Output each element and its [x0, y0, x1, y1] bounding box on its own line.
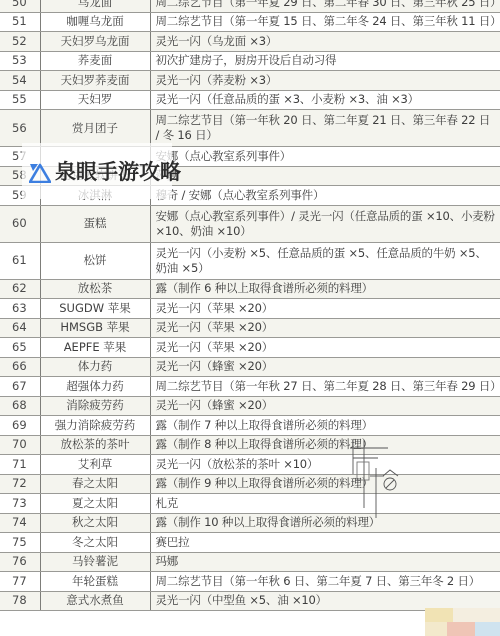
- row-number: 62: [0, 279, 40, 299]
- recipe-source: 露（制作 10 种以上取得食谱所必须的料理）: [150, 513, 500, 533]
- table-row: 65AEPFE 苹果灵光一闪（苹果 ×20）: [0, 338, 500, 358]
- table-row: 75冬之太阳赛巴拉: [0, 533, 500, 553]
- recipe-name: 消除疲劳药: [40, 396, 150, 416]
- recipe-source: 露（制作 9 种以上取得食谱所必须的料理）: [150, 474, 500, 494]
- recipe-source: 安娜（点心教室系列事件）/ 灵光一闪（任意品质的蛋 ×10、小麦粉 ×10、奶油…: [150, 205, 500, 242]
- recipe-name: 天妇罗: [40, 90, 150, 110]
- table-row: 72春之太阳露（制作 9 种以上取得食谱所必须的料理）: [0, 474, 500, 494]
- row-number: 73: [0, 494, 40, 514]
- watermark-brand-text: 泉眼手游攻略: [55, 156, 181, 186]
- row-number: 77: [0, 572, 40, 592]
- table-row: 69强力消除疲劳药露（制作 7 种以上取得食谱所必须的料理）: [0, 416, 500, 436]
- recipe-name: 荞麦面: [40, 51, 150, 71]
- recipe-source: 灵光一闪（苹果 ×20）: [150, 318, 500, 338]
- row-number: 67: [0, 377, 40, 397]
- recipe-source: 莎夏: [150, 166, 500, 186]
- triangle-logo-icon: [29, 163, 51, 183]
- recipe-source: 札克: [150, 494, 500, 514]
- table-row: 55天妇罗灵光一闪（任意品质的蛋 ×3、小麦粉 ×3、油 ×3）: [0, 90, 500, 110]
- recipe-source: 周二综艺节目（第一年夏 15 日、第二年冬 24 日、第三年秋 11 日）: [150, 12, 500, 32]
- row-number: 50: [0, 0, 40, 12]
- recipe-name: 体力药: [40, 357, 150, 377]
- recipe-name: 强力消除疲劳药: [40, 416, 150, 436]
- row-number: 53: [0, 51, 40, 71]
- stamp-watermark-icon: [350, 440, 410, 520]
- table-row: 66体力药灵光一闪（蜂蜜 ×20）: [0, 357, 500, 377]
- image-artifact-mosaic: [425, 608, 500, 636]
- recipe-name: 意式水煮鱼: [40, 591, 150, 611]
- recipe-name: SUGDW 苹果: [40, 299, 150, 319]
- row-number: 72: [0, 474, 40, 494]
- recipe-name: 艾利草: [40, 455, 150, 475]
- recipe-source: 安娜（点心教室系列事件）: [150, 147, 500, 167]
- table-row: 70放松茶的茶叶露（制作 8 种以上取得食谱所必须的料理）: [0, 435, 500, 455]
- recipe-source: 穆奇 / 安娜（点心教室系列事件）: [150, 186, 500, 206]
- row-number: 56: [0, 110, 40, 147]
- recipe-name: 松饼: [40, 242, 150, 279]
- recipe-source: 灵光一闪（任意品质的蛋 ×3、小麦粉 ×3、油 ×3）: [150, 90, 500, 110]
- recipe-name: HMSGB 苹果: [40, 318, 150, 338]
- recipe-name: 蛋糕: [40, 205, 150, 242]
- recipe-source: 露（制作 6 种以上取得食谱所必须的料理）: [150, 279, 500, 299]
- row-number: 55: [0, 90, 40, 110]
- recipe-name: 乌龙面: [40, 0, 150, 12]
- row-number: 69: [0, 416, 40, 436]
- recipe-name: 夏之太阳: [40, 494, 150, 514]
- recipe-source: 灵光一闪（乌龙面 ×3）: [150, 32, 500, 52]
- row-number: 63: [0, 299, 40, 319]
- table-row: 68消除疲劳药灵光一闪（蜂蜜 ×20）: [0, 396, 500, 416]
- row-number: 54: [0, 71, 40, 91]
- recipe-source: 赛巴拉: [150, 533, 500, 553]
- table-row: 61松饼灵光一闪（小麦粉 ×5、任意品质的蛋 ×5、任意品质的牛奶 ×5、奶油 …: [0, 242, 500, 279]
- recipe-source: 玛娜: [150, 552, 500, 572]
- table-row: 63SUGDW 苹果灵光一闪（苹果 ×20）: [0, 299, 500, 319]
- table-row: 71艾利草灵光一闪（放松茶的茶叶 ×10）: [0, 455, 500, 475]
- table-row: 52天妇罗乌龙面灵光一闪（乌龙面 ×3）: [0, 32, 500, 52]
- row-number: 71: [0, 455, 40, 475]
- row-number: 78: [0, 591, 40, 611]
- recipe-name: AEPFE 苹果: [40, 338, 150, 358]
- recipe-name: 秋之太阳: [40, 513, 150, 533]
- recipe-source: 灵光一闪（苹果 ×20）: [150, 299, 500, 319]
- row-number: 74: [0, 513, 40, 533]
- table-row: 53荞麦面初次扩建房子，厨房开设后自动习得: [0, 51, 500, 71]
- recipe-source: 周二综艺节目（第一年秋 6 日、第二年夏 7 日、第三年冬 2 日）: [150, 572, 500, 592]
- table-row: 64HMSGB 苹果灵光一闪（苹果 ×20）: [0, 318, 500, 338]
- recipe-name: 冬之太阳: [40, 533, 150, 553]
- table-row: 74秋之太阳露（制作 10 种以上取得食谱所必须的料理）: [0, 513, 500, 533]
- recipe-table-container: 50乌龙面周二综艺节目（第一年夏 29 日、第二年春 30 日、第三年秋 25 …: [0, 0, 500, 611]
- recipe-source: 灵光一闪（蜂蜜 ×20）: [150, 396, 500, 416]
- recipe-source: 初次扩建房子，厨房开设后自动习得: [150, 51, 500, 71]
- row-number: 61: [0, 242, 40, 279]
- recipe-source: 周二综艺节目（第一年秋 20 日、第二年夏 21 日、第三年春 22 日 / 冬…: [150, 110, 500, 147]
- recipe-source: 周二综艺节目（第一年夏 29 日、第二年春 30 日、第三年秋 25 日）: [150, 0, 500, 12]
- table-row: 50乌龙面周二综艺节目（第一年夏 29 日、第二年春 30 日、第三年秋 25 …: [0, 0, 500, 12]
- recipe-name: 马铃薯泥: [40, 552, 150, 572]
- recipe-name: 天妇罗乌龙面: [40, 32, 150, 52]
- row-number: 70: [0, 435, 40, 455]
- recipe-source: 灵光一闪（放松茶的茶叶 ×10）: [150, 455, 500, 475]
- recipe-table-body: 50乌龙面周二综艺节目（第一年夏 29 日、第二年春 30 日、第三年秋 25 …: [0, 0, 500, 611]
- recipe-table: 50乌龙面周二综艺节目（第一年夏 29 日、第二年春 30 日、第三年秋 25 …: [0, 0, 500, 611]
- table-row: 77年轮蛋糕周二综艺节目（第一年秋 6 日、第二年夏 7 日、第三年冬 2 日）: [0, 572, 500, 592]
- recipe-source: 灵光一闪（荞麦粉 ×3）: [150, 71, 500, 91]
- recipe-name: 咖喱乌龙面: [40, 12, 150, 32]
- recipe-name: 超强体力药: [40, 377, 150, 397]
- recipe-source: 灵光一闪（小麦粉 ×5、任意品质的蛋 ×5、任意品质的牛奶 ×5、奶油 ×5）: [150, 242, 500, 279]
- recipe-name: 春之太阳: [40, 474, 150, 494]
- row-number: 65: [0, 338, 40, 358]
- table-row: 73夏之太阳札克: [0, 494, 500, 514]
- table-row: 67超强体力药周二综艺节目（第一年秋 27 日、第二年夏 28 日、第三年春 2…: [0, 377, 500, 397]
- row-number: 64: [0, 318, 40, 338]
- row-number: 51: [0, 12, 40, 32]
- recipe-name: 天妇罗荞麦面: [40, 71, 150, 91]
- row-number: 66: [0, 357, 40, 377]
- recipe-source: 灵光一闪（苹果 ×20）: [150, 338, 500, 358]
- table-row: 56赏月团子周二综艺节目（第一年秋 20 日、第二年夏 21 日、第三年春 22…: [0, 110, 500, 147]
- recipe-name: 年轮蛋糕: [40, 572, 150, 592]
- row-number: 60: [0, 205, 40, 242]
- recipe-source: 周二综艺节目（第一年秋 27 日、第二年夏 28 日、第三年春 29 日）: [150, 377, 500, 397]
- table-row: 51咖喱乌龙面周二综艺节目（第一年夏 15 日、第二年冬 24 日、第三年秋 1…: [0, 12, 500, 32]
- table-row: 76马铃薯泥玛娜: [0, 552, 500, 572]
- table-row: 54天妇罗荞麦面灵光一闪（荞麦粉 ×3）: [0, 71, 500, 91]
- recipe-name: 赏月团子: [40, 110, 150, 147]
- table-row: 60蛋糕安娜（点心教室系列事件）/ 灵光一闪（任意品质的蛋 ×10、小麦粉 ×1…: [0, 205, 500, 242]
- row-number: 52: [0, 32, 40, 52]
- row-number: 76: [0, 552, 40, 572]
- recipe-name: 放松茶的茶叶: [40, 435, 150, 455]
- recipe-source: 露（制作 7 种以上取得食谱所必须的料理）: [150, 416, 500, 436]
- recipe-name: 放松茶: [40, 279, 150, 299]
- recipe-source: 露（制作 8 种以上取得食谱所必须的料理）: [150, 435, 500, 455]
- row-number: 75: [0, 533, 40, 553]
- table-row: 62放松茶露（制作 6 种以上取得食谱所必须的料理）: [0, 279, 500, 299]
- row-number: 68: [0, 396, 40, 416]
- recipe-source: 灵光一闪（蜂蜜 ×20）: [150, 357, 500, 377]
